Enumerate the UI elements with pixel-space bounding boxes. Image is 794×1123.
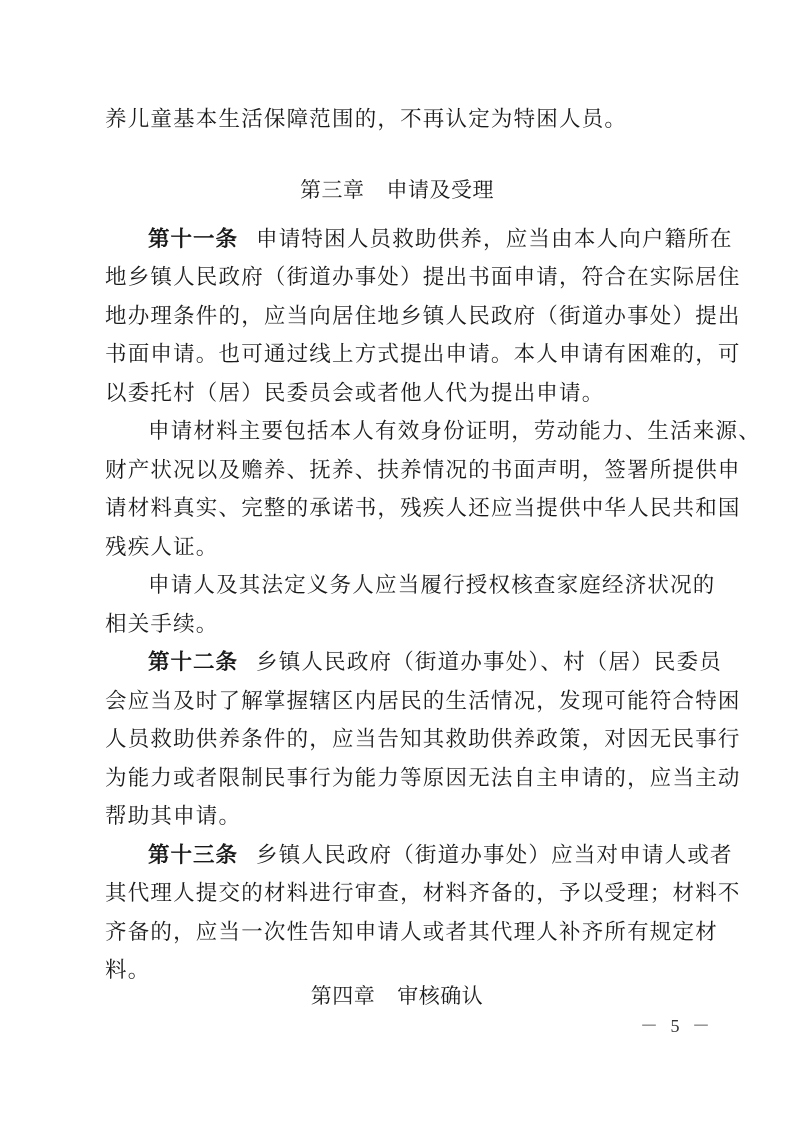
article-text: 乡镇人民政府（街道办事处）、村（居）民委员: [256, 650, 722, 675]
article-11-label: 第十一条: [148, 227, 238, 252]
chapter-3-heading: 第三章申请及受理: [0, 176, 794, 204]
article-11-line-5: 以委托村（居）民委员会或者他人代为提出申请。: [105, 380, 695, 408]
article-12-line-2: 会应当及时了解掌握辖区内居民的生活情况，发现可能符合特困: [105, 688, 695, 716]
document-page: 养儿童基本生活保障范围的，不再认定为特困人员。 第三章申请及受理 第十一条申请特…: [0, 0, 794, 1123]
materials-line-4: 残疾人证。: [105, 534, 695, 562]
chapter-4-heading: 第四章审核确认: [0, 982, 794, 1010]
authorization-line-1: 申请人及其法定义务人应当履行授权核查家庭经济状况的: [148, 572, 695, 600]
authorization-line-2: 相关手续。: [105, 611, 695, 639]
chapter-number: 第四章: [311, 984, 376, 1008]
article-11-line-1: 第十一条申请特困人员救助供养，应当由本人向户籍所在: [148, 226, 695, 254]
article-13-label: 第十三条: [148, 843, 238, 868]
article-13-line-3: 齐备的，应当一次性告知申请人或者其代理人补齐所有规定材: [105, 919, 695, 947]
materials-line-1: 申请材料主要包括本人有效身份证明，劳动能力、生活来源、: [148, 418, 695, 446]
article-11-line-3: 地办理条件的，应当向居住地乡镇人民政府（街道办事处）提出: [105, 303, 695, 331]
article-11-line-2: 地乡镇人民政府（街道办事处）提出书面申请，符合在实际居住: [105, 264, 695, 292]
article-13-line-4: 料。: [105, 957, 695, 985]
article-12-label: 第十二条: [148, 650, 238, 675]
materials-line-2: 财产状况以及赡养、抚养、扶养情况的书面声明，签署所提供申: [105, 457, 695, 485]
chapter-number: 第三章: [300, 178, 365, 202]
article-13-line-2: 其代理人提交的材料进行审查，材料齐备的，予以受理；材料不: [105, 880, 695, 908]
article-12-line-1: 第十二条乡镇人民政府（街道办事处）、村（居）民委员: [148, 649, 695, 677]
article-11-line-4: 书面申请。也可通过线上方式提出申请。本人申请有困难的，可: [105, 341, 695, 369]
article-text: 申请特困人员救助供养，应当由本人向户籍所在: [256, 227, 733, 252]
article-12-line-5: 帮助其申请。: [105, 803, 695, 831]
chapter-title: 申请及受理: [387, 178, 495, 202]
article-13-line-1: 第十三条乡镇人民政府（街道办事处）应当对申请人或者: [148, 842, 695, 870]
materials-line-3: 请材料真实、完整的承诺书，残疾人还应当提供中华人民共和国: [105, 495, 695, 523]
article-12-line-3: 人员救助供养条件的，应当告知其救助供养政策，对因无民事行: [105, 726, 695, 754]
article-12-line-4: 为能力或者限制民事行为能力等原因无法自主申请的，应当主动: [105, 765, 695, 793]
article-text: 乡镇人民政府（街道办事处）应当对申请人或者: [256, 843, 733, 868]
page-number: － 5 －: [640, 1012, 714, 1038]
continuation-line: 养儿童基本生活保障范围的，不再认定为特困人员。: [105, 106, 695, 134]
chapter-title: 审核确认: [397, 984, 483, 1008]
